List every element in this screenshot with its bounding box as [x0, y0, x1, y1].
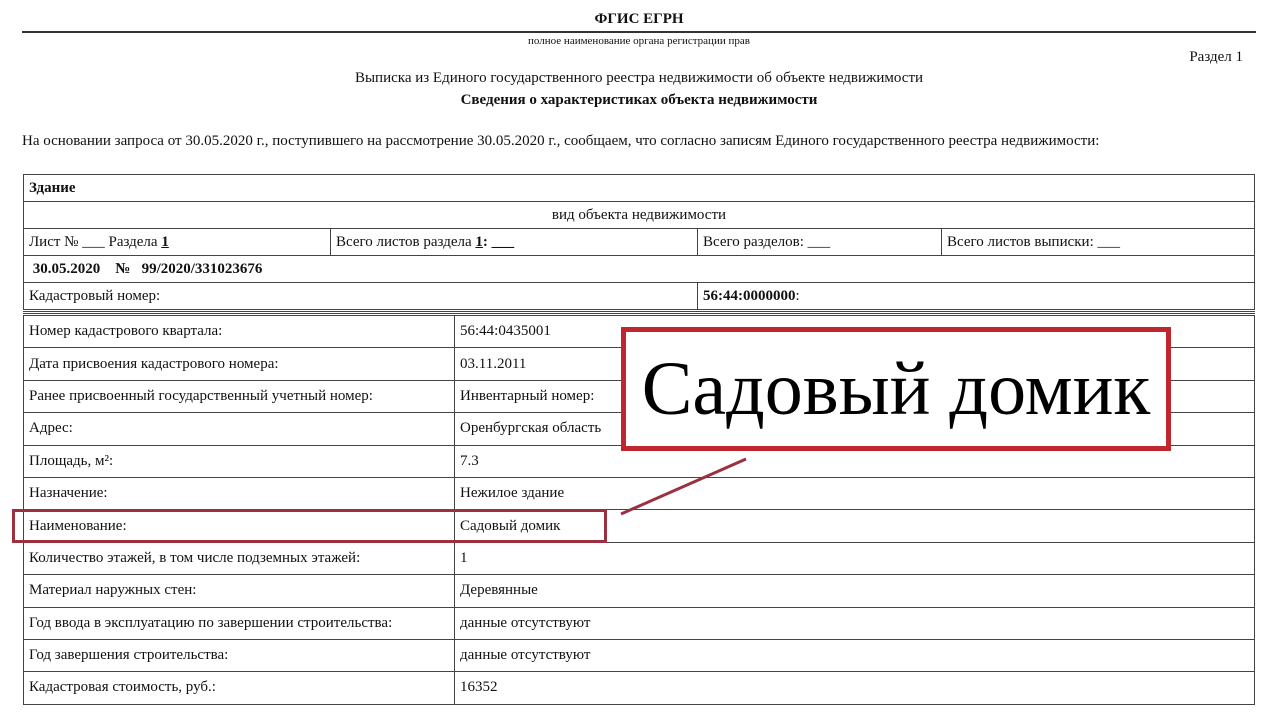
row-key: Номер кадастрового квартала:	[24, 316, 455, 348]
row-value: данные отсутствуют	[455, 607, 1255, 639]
row-key: Назначение:	[24, 477, 455, 509]
row-value: данные отсутствуют	[455, 639, 1255, 671]
object-type: Здание	[24, 175, 1255, 202]
cadastral-label: Кадастровый номер:	[24, 283, 698, 310]
row-key: Кадастровая стоимость, руб.:	[24, 672, 455, 704]
total-sections: Всего разделов: ___	[698, 229, 942, 256]
sheet-cell: Лист № ___ Раздела 1	[24, 229, 331, 256]
table-row: Назначение:Нежилое здание	[24, 477, 1255, 509]
object-type-caption: вид объекта недвижимости	[24, 202, 1255, 229]
table-row: Кадастровая стоимость, руб.:16352	[24, 672, 1255, 704]
sheet-label: Лист № ___ Раздела	[29, 234, 158, 250]
row-key: Год завершения строительства:	[24, 639, 455, 671]
org-title: ФГИС ЕГРН	[0, 11, 1269, 28]
cadastral-cell: 56:44:0000000:	[698, 283, 1255, 310]
sheet-section: 1	[161, 234, 169, 250]
table-divider	[23, 311, 1255, 314]
org-title-rule	[22, 31, 1256, 33]
row-key: Ранее присвоенный государственный учетны…	[24, 380, 455, 412]
section-label: Раздел 1	[1189, 49, 1243, 66]
highlight-name-row	[12, 509, 607, 543]
object-header-table: Здание вид объекта недвижимости Лист № _…	[23, 174, 1255, 310]
total-sheets-value: 1	[475, 234, 483, 250]
callout-box: Садовый домик	[621, 327, 1171, 451]
row-key: Материал наружных стен:	[24, 575, 455, 607]
number-sign: №	[115, 261, 130, 277]
table-row: Материал наружных стен:Деревянные	[24, 575, 1255, 607]
extract-title: Выписка из Единого государственного реес…	[0, 70, 1269, 87]
extract-subtitle: Сведения о характеристиках объекта недви…	[0, 92, 1269, 109]
table-row: Количество этажей, в том числе подземных…	[24, 542, 1255, 574]
cadastral-value: 56:44:0000000	[703, 288, 796, 304]
row-key: Количество этажей, в том числе подземных…	[24, 542, 455, 574]
row-key: Адрес:	[24, 413, 455, 445]
row-key: Год ввода в эксплуатацию по завершении с…	[24, 607, 455, 639]
total-sheets-cell: Всего листов раздела 1: ___	[331, 229, 698, 256]
table-row: Год ввода в эксплуатацию по завершении с…	[24, 607, 1255, 639]
row-value: 16352	[455, 672, 1255, 704]
intro-paragraph: На основании запроса от 30.05.2020 г., п…	[22, 131, 1252, 151]
total-sheets-label: Всего листов раздела	[336, 234, 472, 250]
row-value: 1	[455, 542, 1255, 574]
row-key: Площадь, м²:	[24, 445, 455, 477]
table-row: Год завершения строительства:данные отсу…	[24, 639, 1255, 671]
request-date: 30.05.2020	[33, 261, 101, 277]
total-extract-sheets: Всего листов выписки: ___	[942, 229, 1255, 256]
org-subtitle: полное наименование органа регистрации п…	[0, 35, 1269, 47]
row-value: Деревянные	[455, 575, 1255, 607]
total-sheets-suffix: : ___	[483, 234, 514, 250]
row-key: Дата присвоения кадастрового номера:	[24, 348, 455, 380]
request-number: 99/2020/331023676	[142, 261, 263, 277]
row-value: Нежилое здание	[455, 477, 1255, 509]
request-info: 30.05.2020 № 99/2020/331023676	[24, 256, 1255, 283]
cadastral-suffix: :	[796, 288, 800, 304]
